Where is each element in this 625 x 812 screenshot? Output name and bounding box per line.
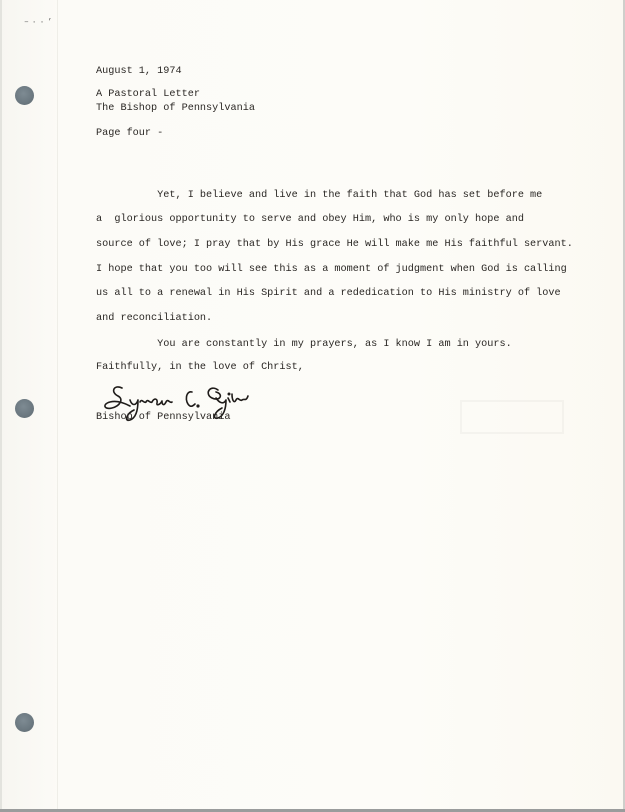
body-line: a glorious opportunity to serve and obey… bbox=[96, 214, 524, 226]
body-line: You are constantly in my prayers, as I k… bbox=[96, 339, 512, 351]
body-line: Yet, I believe and live in the faith tha… bbox=[96, 190, 542, 202]
letter-heading-author: The Bishop of Pennsylvania bbox=[96, 103, 255, 115]
scan-specks: –··’ bbox=[24, 18, 55, 27]
body-line: I hope that you too will see this as a m… bbox=[96, 264, 567, 276]
letter-date: August 1, 1974 bbox=[96, 66, 182, 78]
letter-heading-title: A Pastoral Letter bbox=[96, 89, 200, 101]
body-line: us all to a renewal in His Spirit and a … bbox=[96, 288, 561, 300]
page-crease bbox=[57, 0, 58, 812]
punch-hole-middle bbox=[15, 399, 34, 418]
signature-title: Bishop of Pennsylvania bbox=[96, 412, 231, 424]
page-label: Page four - bbox=[96, 128, 163, 140]
page-edge-left bbox=[0, 0, 2, 812]
body-line: and reconciliation. bbox=[96, 313, 212, 325]
punch-hole-top bbox=[15, 86, 34, 105]
punch-hole-bottom bbox=[15, 713, 34, 732]
bleed-through-mark bbox=[460, 400, 564, 434]
letter-closing: Faithfully, in the love of Christ, bbox=[96, 362, 304, 374]
letter-page: –··’ August 1, 1974 A Pastoral Letter Th… bbox=[0, 0, 625, 812]
body-line: source of love; I pray that by His grace… bbox=[96, 239, 573, 251]
